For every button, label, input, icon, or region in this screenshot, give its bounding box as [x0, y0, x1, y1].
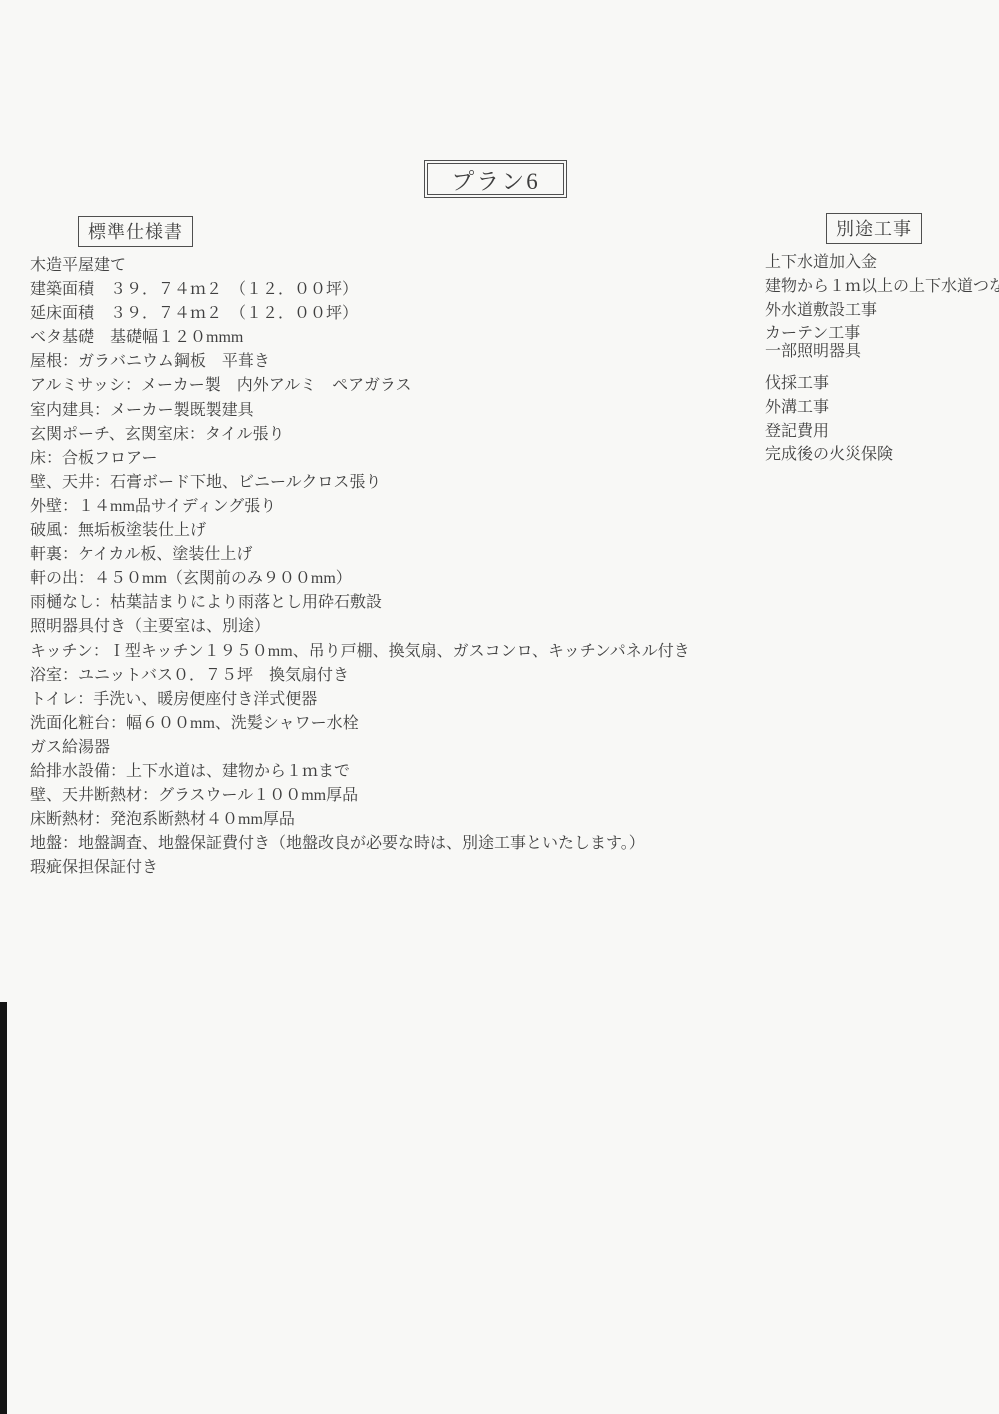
spec-line: 登記費用 — [765, 420, 999, 444]
spec-line: 瑕疵保担保証付き — [30, 856, 730, 880]
spec-line: 床断熱材：発泡系断熱材４０mm厚品 — [30, 808, 730, 832]
spec-line: 木造平屋建て — [30, 254, 730, 278]
spec-line: 壁、天井：石膏ボード下地、ビニールクロス張り — [30, 471, 730, 495]
extra-works-heading: 別途工事 — [826, 213, 922, 244]
spec-line: 室内建具：メーカー製既製建具 — [30, 399, 730, 423]
spec-line: アルミサッシ：メーカー製 内外アルミ ペアガラス — [30, 374, 730, 398]
spec-line: 給排水設備：上下水道は、建物から１ｍまで — [30, 760, 730, 784]
spec-line: 上下水道加入金 — [765, 251, 999, 275]
spec-line: 一部照明器具 — [765, 340, 999, 364]
extra-works-list: 上下水道加入金建物から１ｍ以上の上下水道つな外水道敷設工事カーテン工事一部照明器… — [765, 251, 999, 467]
spec-line: 屋根：ガラバニウム鋼板 平葺き — [30, 350, 730, 374]
spec-line: 雨樋なし：枯葉詰まりにより雨落とし用砕石敷設 — [30, 591, 730, 615]
spec-line: 地盤：地盤調査、地盤保証費付き（地盤改良が必要な時は、別途工事といたします。） — [30, 832, 730, 856]
spec-line: 照明器具付き（主要室は、別途） — [30, 615, 730, 639]
spec-line: 軒の出：４５０mm（玄関前のみ９００mm） — [30, 567, 730, 591]
standard-spec-heading: 標準仕様書 — [78, 216, 193, 247]
spec-line: 伐採工事 — [765, 372, 999, 396]
spec-line: 建物から１ｍ以上の上下水道つな — [765, 275, 999, 299]
spec-line: 洗面化粧台：幅６００mm、洗髪シャワー水栓 — [30, 712, 730, 736]
spec-line: トイレ：手洗い、暖房便座付き洋式便器 — [30, 688, 730, 712]
spec-line: ベタ基礎 基礎幅１２０mmm — [30, 326, 730, 350]
spec-line: 玄関ポーチ、玄関室床：タイル張り — [30, 423, 730, 447]
spec-line: 延床面積 ３９．７４ｍ２ （１２．００坪） — [30, 302, 730, 326]
spec-line: 軒裏：ケイカル板、塗装仕上げ — [30, 543, 730, 567]
spec-line: 床：合板フロアー — [30, 447, 730, 471]
spec-line: 壁、天井断熱材：グラスウール１００mm厚品 — [30, 784, 730, 808]
spec-line: 外壁：１４mm品サイディング張り — [30, 495, 730, 519]
spec-line: 完成後の火災保険 — [765, 443, 999, 467]
spec-line: 建築面積 ３９．７４ｍ２ （１２．００坪） — [30, 278, 730, 302]
spec-line: 外溝工事 — [765, 396, 999, 420]
spec-line: 破風：無垢板塗装仕上げ — [30, 519, 730, 543]
plan-title-box: プラン6 — [424, 160, 567, 198]
plan-title: プラン6 — [427, 163, 564, 195]
standard-spec-list: 木造平屋建て建築面積 ３９．７４ｍ２ （１２．００坪）延床面積 ３９．７４ｍ２ … — [30, 254, 730, 880]
scanned-spec-document: プラン6 標準仕様書 別途工事 木造平屋建て建築面積 ３９．７４ｍ２ （１２．０… — [0, 0, 999, 1414]
scan-artifact-bar — [0, 1002, 7, 1414]
spec-line: 浴室：ユニットバス０．７５坪 換気扇付き — [30, 664, 730, 688]
spec-line: キッチン：Ｉ型キッチン１９５０mm、吊り戸棚、換気扇、ガスコンロ、キッチンパネル… — [30, 640, 730, 664]
spec-line: ガス給湯器 — [30, 736, 730, 760]
spec-line: 外水道敷設工事 — [765, 299, 999, 323]
